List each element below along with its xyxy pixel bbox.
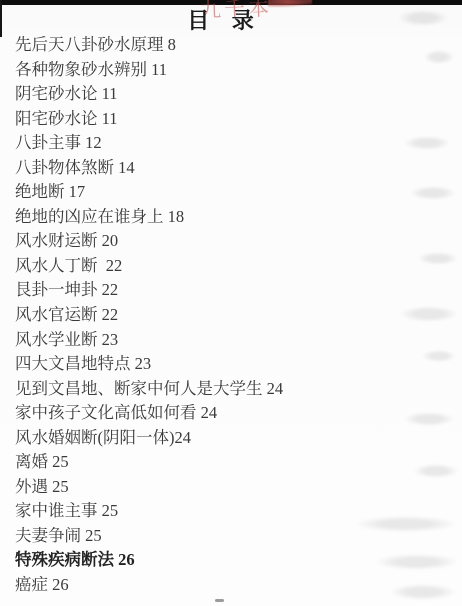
toc-item: 风水婚姻断(阴阳一体)24 — [15, 426, 454, 451]
toc-item: 家中谁主事 25 — [15, 499, 454, 524]
toc-item: 绝地断 17 — [15, 180, 454, 205]
toc-item: 各种物象砂水辨别 11 — [15, 58, 454, 83]
toc-page: 九千本 目 录 先后天八卦砂水原理 8各种物象砂水辨别 11阴宅砂水论 11阳宅… — [0, 0, 462, 606]
toc-item: 外遇 25 — [15, 475, 454, 500]
toc-item: 艮卦一坤卦 22 — [15, 278, 454, 303]
toc-item: 风水人丁断 22 — [15, 254, 454, 279]
toc-item: 风水官运断 22 — [15, 303, 454, 328]
toc-list: 先后天八卦砂水原理 8各种物象砂水辨别 11阴宅砂水论 11阳宅砂水论 11八卦… — [15, 33, 454, 598]
toc-item: 阴宅砂水论 11 — [15, 82, 454, 107]
toc-item: 风水学业断 23 — [15, 328, 454, 353]
toc-item: 先后天八卦砂水原理 8 — [15, 33, 454, 58]
toc-item: 家中孩子文化高低如何看 24 — [15, 401, 454, 426]
toc-item: 夫妻争闹 25 — [15, 524, 454, 549]
toc-item: 风水财运断 20 — [15, 229, 454, 254]
toc-item: 特殊疾病断法 26 — [15, 548, 454, 573]
toc-item: 绝地的凶应在谁身上 18 — [15, 205, 454, 230]
page-title: 目 录 — [0, 4, 452, 35]
toc-item: 八卦物体煞断 14 — [15, 156, 454, 181]
toc-item: 阳宅砂水论 11 — [15, 107, 454, 132]
footer-mark — [215, 599, 224, 602]
toc-item: 离婚 25 — [15, 450, 454, 475]
toc-item: 八卦主事 12 — [15, 131, 454, 156]
toc-item: 癌症 26 — [15, 573, 454, 598]
toc-item: 四大文昌地特点 23 — [15, 352, 454, 377]
toc-item: 见到文昌地、断家中何人是大学生 24 — [15, 377, 454, 402]
